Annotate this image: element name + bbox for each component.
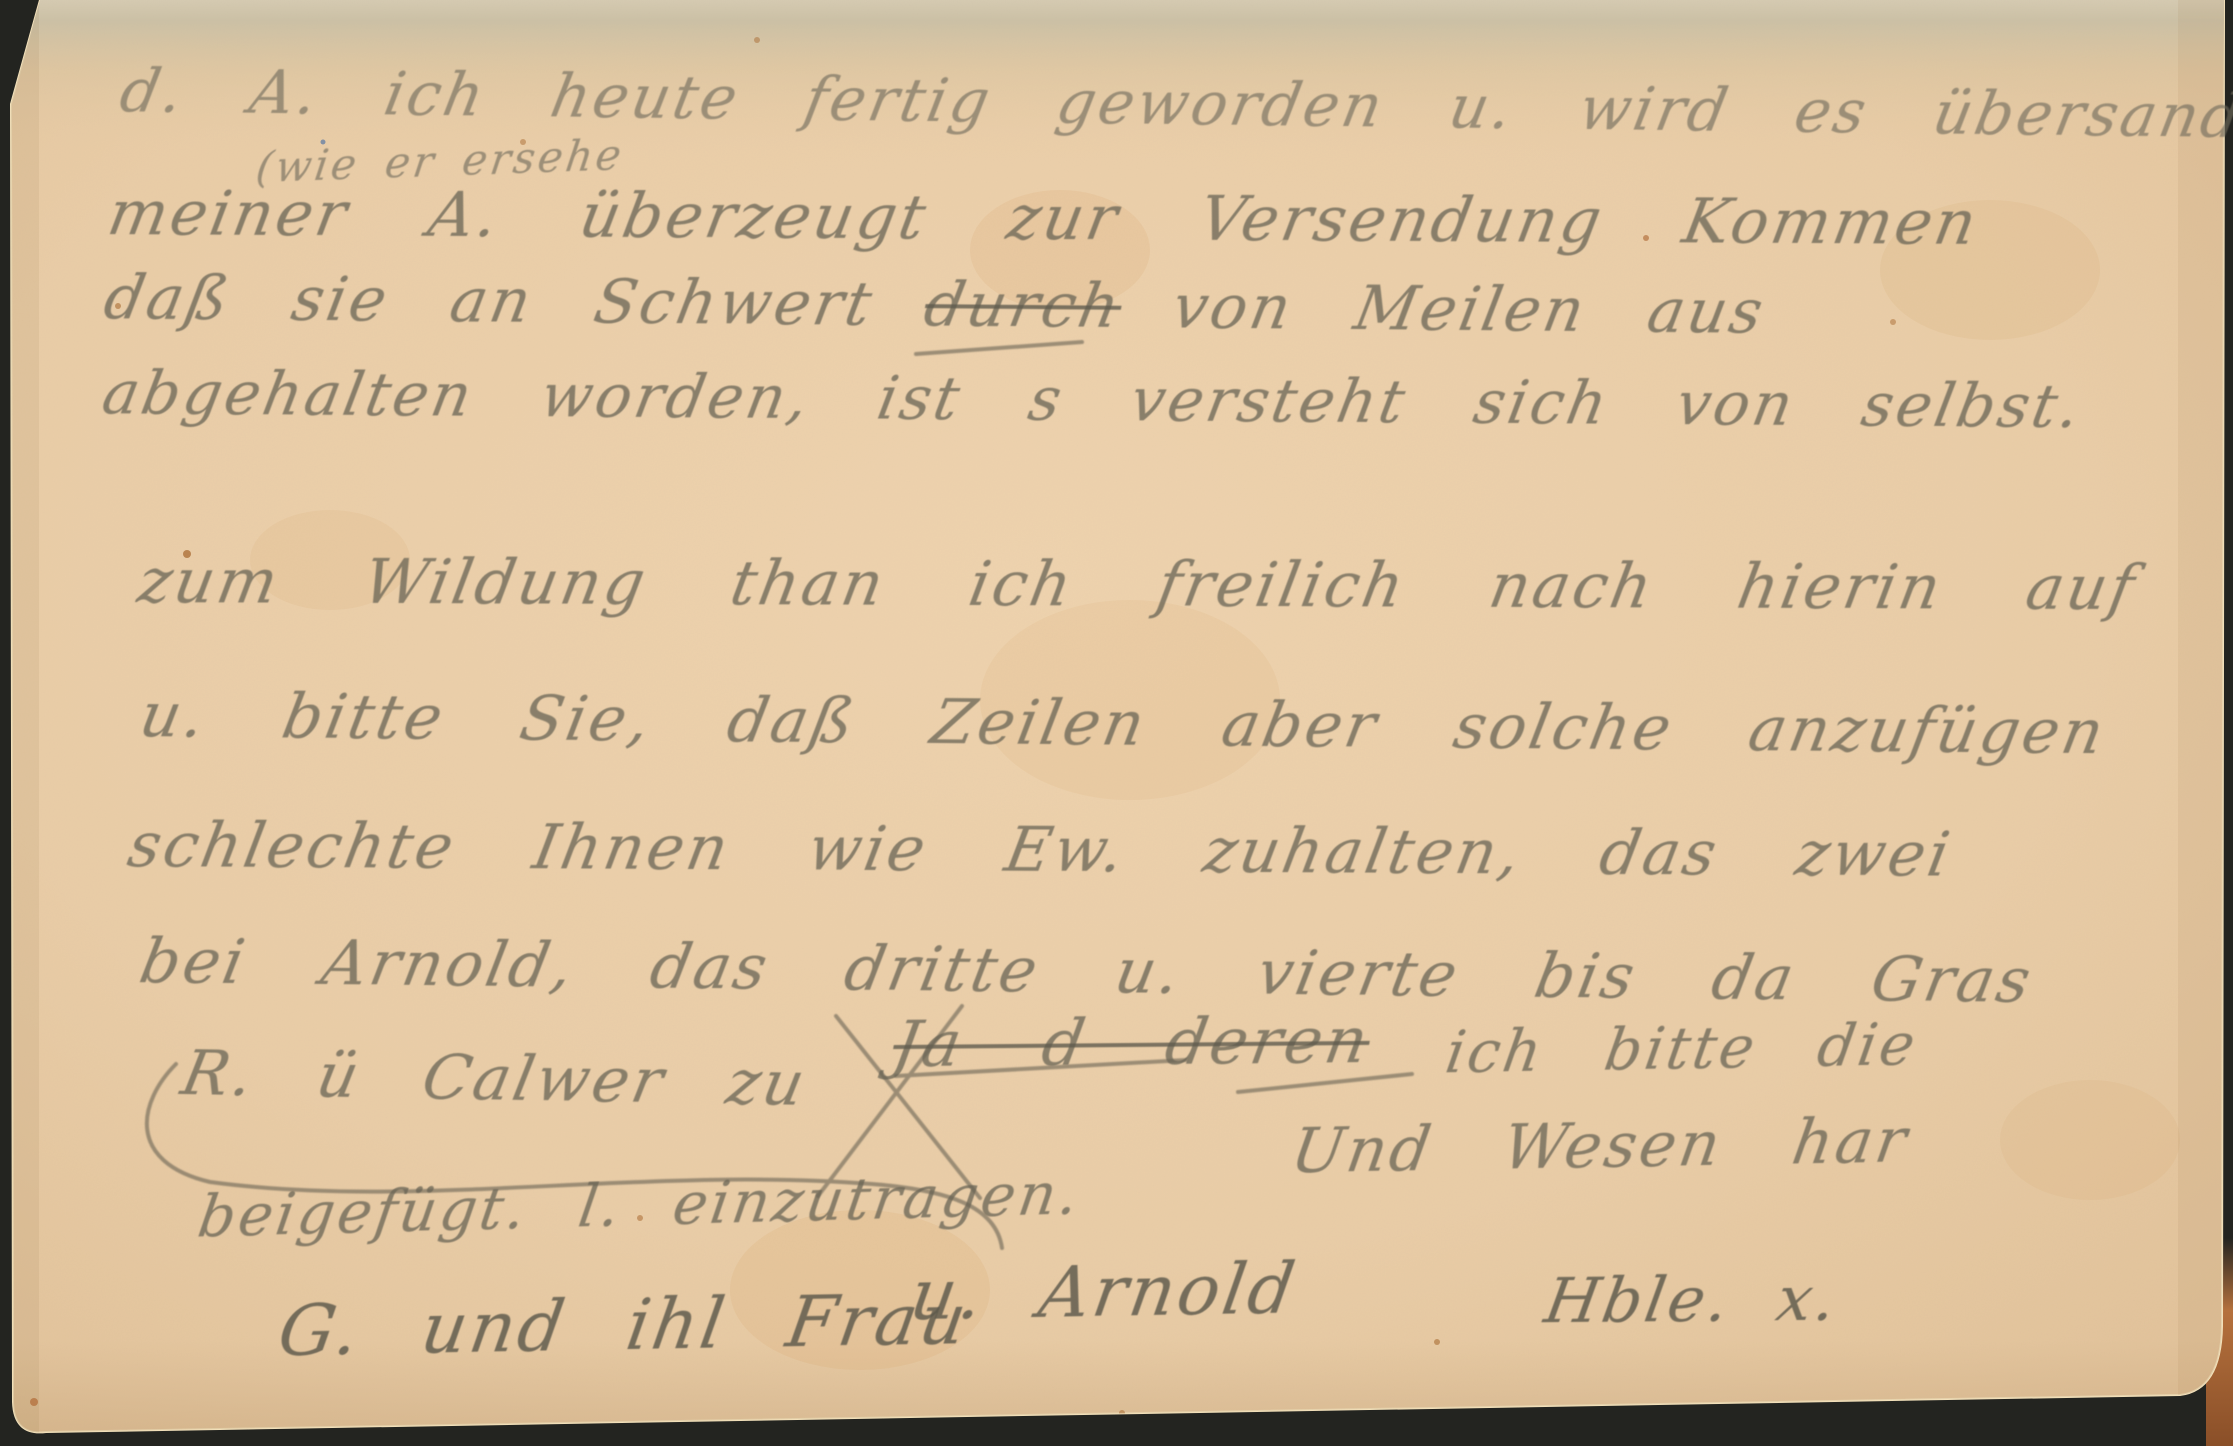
- crossed-out-phrase: Ja d deren: [888, 1004, 1376, 1082]
- handwriting-line-4: abgehalten worden, ist s versteht sich v…: [97, 358, 2088, 442]
- signature-end: Hble. x.: [1540, 1261, 1845, 1337]
- signature-left: G. und ihl Frau: [273, 1278, 975, 1372]
- crossed-out-word: durch: [919, 269, 1128, 342]
- handwriting-line-3: daß sie an Schwertdurchvon Meilen aus: [99, 262, 1771, 347]
- handwriting-line-9-start: R. ü Calwer zu: [176, 1036, 814, 1120]
- handwriting-line-5: zum Wildung than ich freilich nach hieri…: [133, 544, 2143, 624]
- scanned-letter-page: d. A. ich heute fertig geworden u. wird …: [0, 0, 2233, 1446]
- handwriting-line-10: Und Wesen har: [1286, 1103, 1914, 1187]
- handwriting-line-7: schlechte Ihnen wie Ew. zuhalten, das zw…: [123, 808, 1958, 890]
- handwriting-line-8: bei Arnold, das dritte u. vierte bis da …: [134, 924, 2039, 1017]
- handwriting-line-9-end: ich bitte die: [1441, 1010, 1923, 1086]
- handwriting-layer: d. A. ich heute fertig geworden u. wird …: [0, 0, 2233, 1446]
- handwriting-segment: von Meilen aus: [1167, 271, 1771, 347]
- handwriting-line-11: beigefügt. l. einzutragen.: [194, 1159, 1086, 1250]
- signature-middle: u. Arnold: [905, 1247, 1303, 1336]
- handwriting-line-6: u. bitte Sie, daß Zeilen aber solche anz…: [134, 678, 2112, 768]
- handwriting-line-2: meiner A. überzeugt zur Versendung Komme…: [103, 176, 1985, 259]
- handwriting-segment: daß sie an Schwert: [99, 262, 880, 340]
